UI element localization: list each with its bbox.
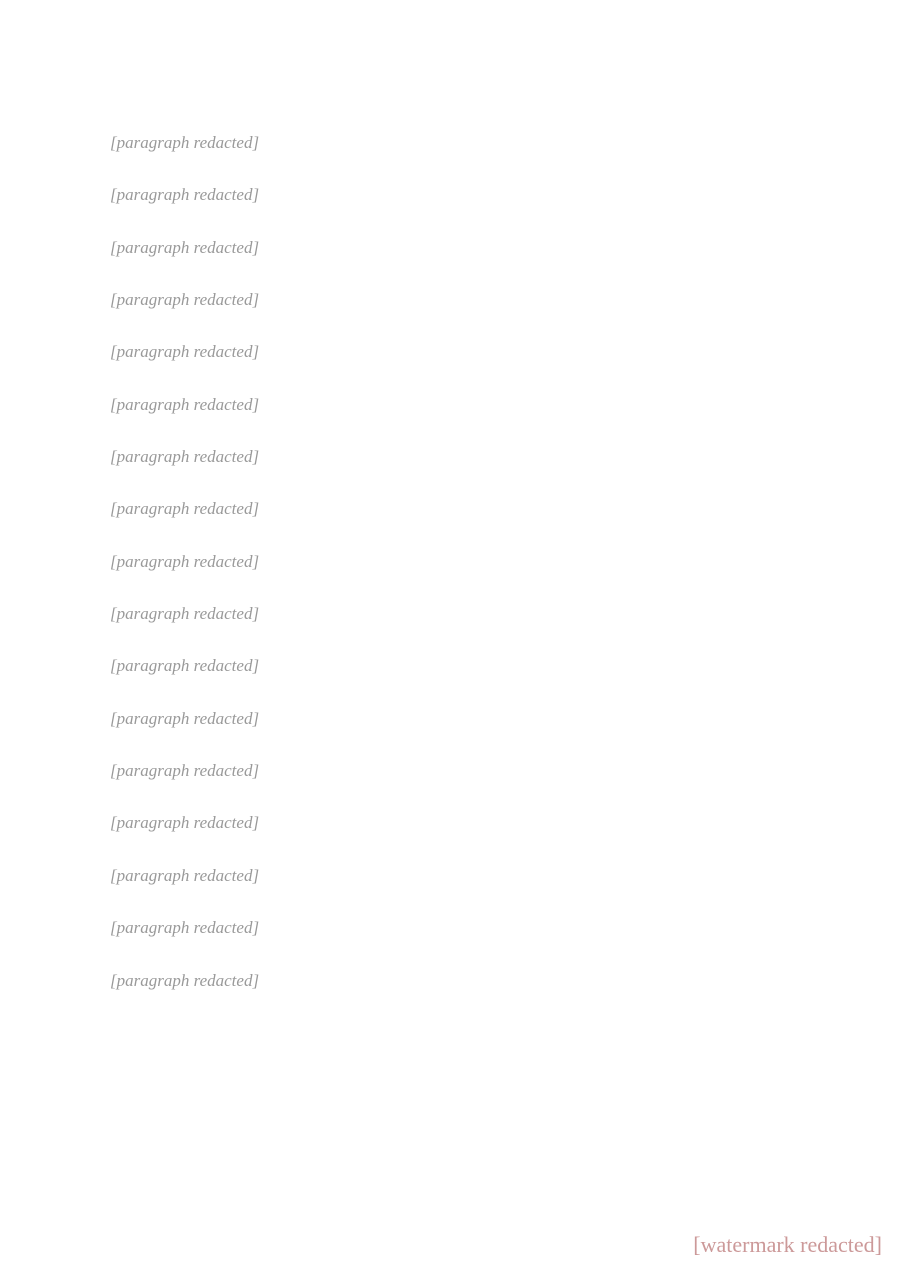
redacted-paragraph: [paragraph redacted] [110,758,790,784]
redacted-paragraph: [paragraph redacted] [110,810,790,836]
redacted-paragraph: [paragraph redacted] [110,287,790,313]
redacted-paragraph: [paragraph redacted] [110,339,790,365]
redacted-paragraph: [paragraph redacted] [110,130,790,156]
redacted-paragraph: [paragraph redacted] [110,235,790,261]
watermark: [watermark redacted] [693,1232,882,1258]
redacted-paragraph: [paragraph redacted] [110,182,790,208]
redacted-paragraph: [paragraph redacted] [110,968,790,994]
redacted-paragraph: [paragraph redacted] [110,653,790,679]
document-page: [paragraph redacted][paragraph redacted]… [110,130,790,1020]
redacted-paragraph: [paragraph redacted] [110,392,790,418]
redacted-paragraph: [paragraph redacted] [110,496,790,522]
redacted-paragraph: [paragraph redacted] [110,601,790,627]
redacted-paragraph: [paragraph redacted] [110,444,790,470]
redacted-paragraph: [paragraph redacted] [110,915,790,941]
redacted-paragraph: [paragraph redacted] [110,863,790,889]
redacted-paragraph: [paragraph redacted] [110,706,790,732]
redacted-paragraph: [paragraph redacted] [110,549,790,575]
